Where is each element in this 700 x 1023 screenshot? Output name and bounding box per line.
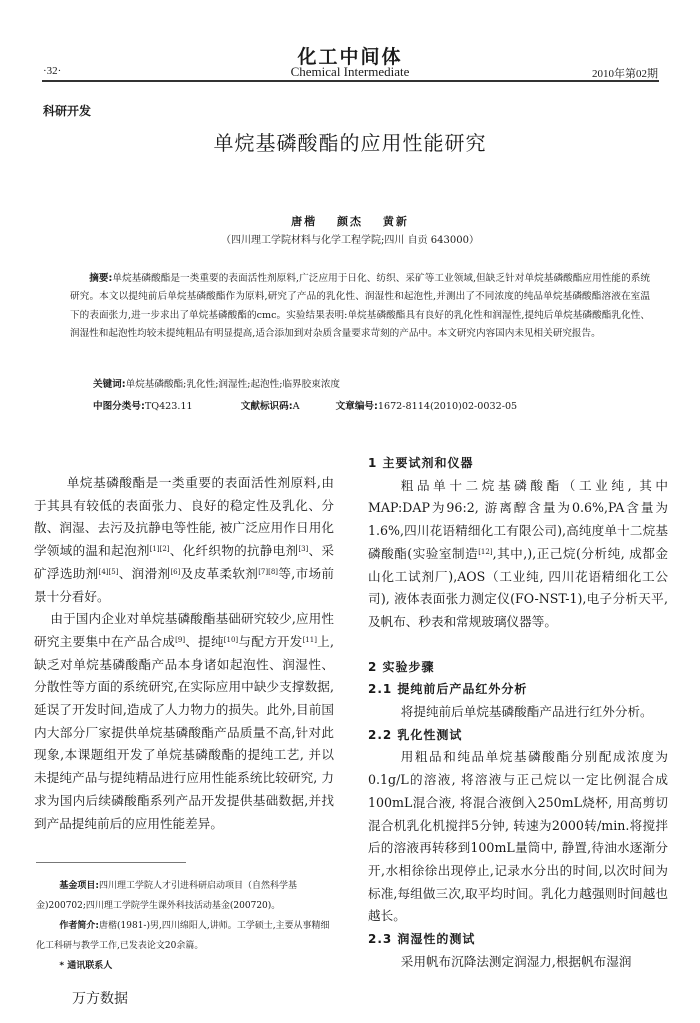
column-label: 科研开发 xyxy=(43,102,91,119)
left-column-body: 单烷基磷酸酯是一类重要的表面活性剂原料,由于其具有较低的表面张力、良好的稳定性及… xyxy=(34,472,334,835)
section-2-heading: 2 实验步骤 xyxy=(368,656,668,679)
section-2-3-text: 采用帆布沉降法测定润湿力,根据帆布湿润 xyxy=(368,951,668,974)
right-column-body: 1 主要试剂和仪器 粗品单十二烷基磷酸酯（工业纯, 其中MAP:DAP为96:2… xyxy=(368,452,668,973)
citation: [7][8] xyxy=(258,568,278,576)
article-title: 单烷基磷酸酯的应用性能研究 xyxy=(0,127,700,156)
footnote-divider xyxy=(36,862,186,863)
text-run: 上,缺乏对单烷基磷酸酯产品本身诸如起泡性、润湿性、分散性等方面的系统研究,在实际… xyxy=(34,634,334,831)
intro-paragraph-1: 单烷基磷酸酯是一类重要的表面活性剂原料,由于其具有较低的表面张力、良好的稳定性及… xyxy=(34,472,334,608)
text-run: 、化纤织物的抗静电剂 xyxy=(170,543,299,558)
issue-label: 2010年第02期 xyxy=(592,65,658,81)
clc-label: 中图分类号: xyxy=(93,401,145,412)
header-divider xyxy=(42,80,659,82)
page-number: ·32· xyxy=(43,65,61,77)
citation: [12] xyxy=(478,548,492,556)
citation: [10] xyxy=(224,636,238,644)
citation: [11] xyxy=(303,636,317,644)
footnotes: 基金项目:四川理工学院人才引进科研启动项目（自然科学基金)200702;四川理工… xyxy=(36,876,336,976)
section-1-heading: 1 主要试剂和仪器 xyxy=(368,452,668,475)
section-2-2-text: 用粗品和纯品单烷基磷酸酯分别配成浓度为0.1g/L的溶液, 将溶液与正己烷以一定… xyxy=(368,746,668,928)
doc-code-label: 文献标识码: xyxy=(241,401,293,412)
article-no-label: 文章编号: xyxy=(336,401,378,412)
keywords: 关键词:单烷基磷酸酯;乳化性;润湿性;起泡性;临界胶束浓度 xyxy=(93,376,340,390)
text-run: 、提纯 xyxy=(185,634,224,649)
article-affiliation: （四川理工学院材料与化学工程学院;四川 自贡 643000） xyxy=(0,231,700,246)
doc-code-value: A xyxy=(293,401,300,412)
watermark: 万方数据 xyxy=(72,988,128,1008)
article-no-value: 1672-8114(2010)02-0032-05 xyxy=(378,401,517,412)
article-authors: 唐楷 颜杰 黄新 xyxy=(0,213,700,229)
section-2-1-heading: 2.1 提纯前后产品红外分析 xyxy=(368,678,668,701)
citation: [3] xyxy=(298,545,308,553)
citation: [6] xyxy=(170,568,180,576)
clc-value: TQ423.11 xyxy=(145,401,193,412)
abstract: 摘要:单烷基磷酸酯是一类重要的表面活性剂原料,广泛应用于日化、纺织、采矿等工业领… xyxy=(70,270,650,343)
fund-note: 基金项目:四川理工学院人才引进科研启动项目（自然科学基金)200702;四川理工… xyxy=(36,876,336,916)
abstract-text: 单烷基磷酸酯是一类重要的表面活性剂原料,广泛应用于日化、纺织、采矿等工业领域,但… xyxy=(70,273,650,339)
citation: [4][5] xyxy=(99,568,119,576)
classification-line: 中图分类号:TQ423.11 文献标识码:A 文章编号:1672-8114(20… xyxy=(93,398,517,412)
keywords-text: 单烷基磷酸酯;乳化性;润湿性;起泡性;临界胶束浓度 xyxy=(126,379,340,390)
author-note: 作者简介:唐楷(1981-)男,四川绵阳人,讲师。工学硕士,主要从事精细化工科研… xyxy=(36,916,336,956)
text-run: 与配方开发 xyxy=(238,634,302,649)
fund-label: 基金项目: xyxy=(59,881,99,891)
abstract-label: 摘要: xyxy=(89,273,112,284)
section-1-text: 粗品单十二烷基磷酸酯（工业纯, 其中MAP:DAP为96:2, 游离醇含量为0.… xyxy=(368,475,668,634)
intro-paragraph-2: 由于国内企业对单烷基磷酸酯基础研究较少,应用性研究主要集中在产品合成[9]、提纯… xyxy=(34,608,334,835)
citation: [9] xyxy=(175,636,185,644)
contact-note: * 通讯联系人 xyxy=(36,956,336,976)
text-run: 、润滑剂 xyxy=(118,566,170,581)
section-2-1-text: 将提纯前后单烷基磷酸酯产品进行红外分析。 xyxy=(368,701,668,724)
citation: [1][2] xyxy=(150,545,170,553)
text-run: 及皮革柔软剂 xyxy=(180,566,258,581)
section-2-2-heading: 2.2 乳化性测试 xyxy=(368,724,668,747)
keywords-label: 关键词: xyxy=(93,379,126,390)
author-label: 作者简介: xyxy=(59,921,99,931)
section-2-3-heading: 2.3 润湿性的测试 xyxy=(368,928,668,951)
